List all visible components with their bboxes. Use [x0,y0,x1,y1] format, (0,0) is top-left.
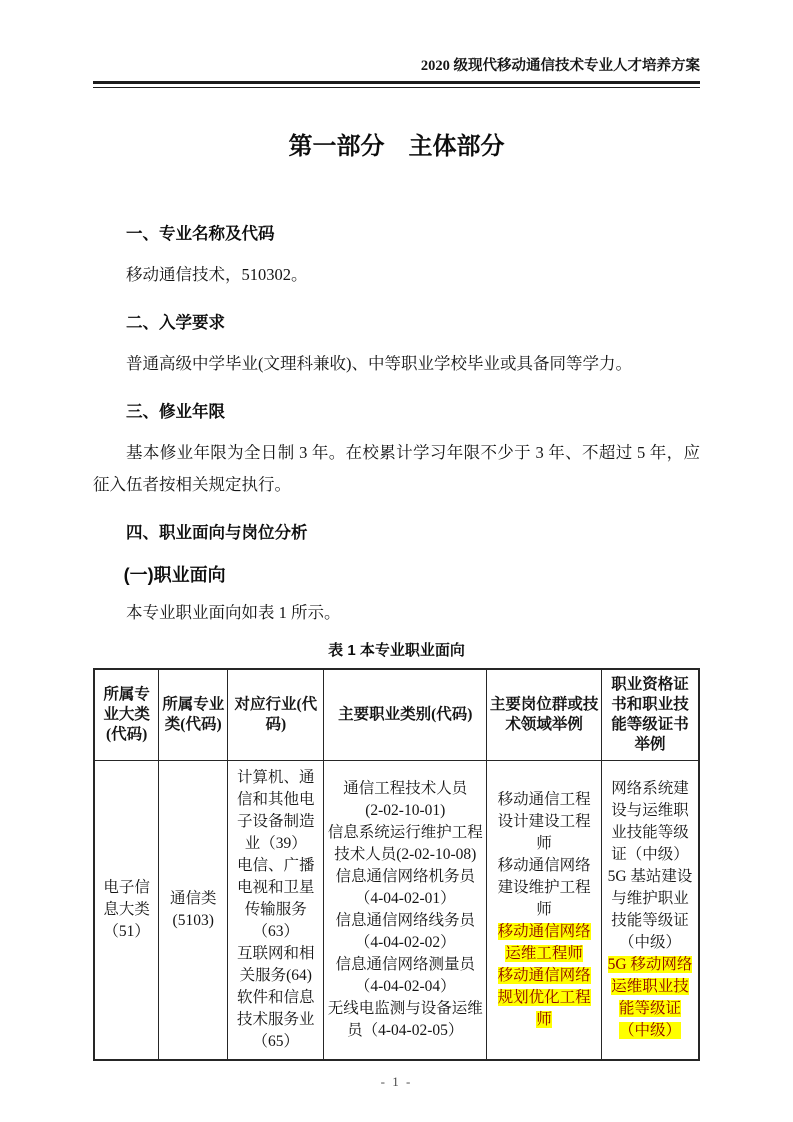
table-cell-item: 信息通信网络线务员（4-04-02-02） [327,910,483,954]
cell-certificates: 网络系统建设与运维职业技能等级证（中级）5G 基站建设与维护职业技能等级证（中级… [602,761,699,1061]
highlighted-text: 移动通信网络运维工程师 [498,923,591,962]
cell-major-category: 电子信息大类（51） [94,761,159,1061]
cell-industries: 计算机、通信和其他电子设备制造业（39）电信、广播电视和卫星传输服务（63）互联… [228,761,324,1061]
table-cell-item: 信息系统运行维护工程技术人员(2-02-10-08) [327,822,483,866]
table-cell-item: 移动通信网络运维工程师 [490,921,598,965]
table-cell-item: 网络系统建设与运维职业技能等级证（中级） [605,778,695,866]
header-major-category: 所属专业大类(代码) [94,669,159,761]
table-cell-item: 5G 基站建设与维护职业技能等级证（中级） [605,866,695,954]
table-cell-item: 信息通信网络机务员（4-04-02-01） [327,866,483,910]
table-caption: 表 1 本专业职业面向 [93,643,700,659]
cell-text: 网络系统建设与运维职业技能等级证（中级） [611,780,689,863]
cell-text: 5G 基站建设与维护职业技能等级证（中级） [608,868,693,951]
table-cell-item: 互联网和相关服务(64) [231,943,320,987]
table-cell-item: 软件和信息技术服务业（65） [231,987,320,1053]
page-header: 2020 级现代移动通信技术专业人才培养方案 [93,0,700,88]
header-title: 2020 级现代移动通信技术专业人才培养方案 [93,56,700,76]
table-cell-item: 移动通信网络建设维护工程师 [490,855,598,921]
table-cell-item: 信息通信网络测量员（4-04-02-04） [327,954,483,998]
subsection-paragraph: 本专业职业面向如表 1 所示。 [93,597,700,629]
table-cell-item: 移动通信网络规划优化工程师 [490,965,598,1031]
cell-occupations: 通信工程技术人员(2-02-10-01)信息系统运行维护工程技术人员(2-02-… [324,761,487,1061]
cell-major-class: 通信类(5103) [159,761,228,1061]
header-rule [93,81,700,88]
cell-text: 移动通信网络建设维护工程师 [498,857,591,918]
document-page: 2020 级现代移动通信技术专业人才培养方案 第一部分 主体部分 一、专业名称及… [0,0,793,1122]
section-heading-4: 四、职业面向与岗位分析 [93,525,700,542]
header-major-class: 所属专业类(代码) [159,669,228,761]
occupation-table: 所属专业大类(代码) 所属专业类(代码) 对应行业(代码) 主要职业类别(代码)… [93,668,700,1061]
table-cell-item: 通信工程技术人员(2-02-10-01) [327,778,483,822]
section-paragraph-2: 普通高级中学毕业(文理科兼收)、中等职业学校毕业或具备同等学力。 [93,348,700,380]
document-title: 第一部分 主体部分 [93,132,700,162]
table-cell-item: 5G 移动网络运维职业技能等级证（中级） [605,954,695,1042]
table-row: 电子信息大类（51） 通信类(5103) 计算机、通信和其他电子设备制造业（39… [94,761,699,1061]
highlighted-text: 移动通信网络规划优化工程师 [498,967,591,1028]
section-paragraph-1: 移动通信技术，510302。 [93,259,700,291]
header-industry: 对应行业(代码) [228,669,324,761]
table-cell-item: 无线电监测与设备运维员（4-04-02-05） [327,998,483,1042]
cell-positions: 移动通信工程设计建设工程师移动通信网络建设维护工程师移动通信网络运维工程师移动通… [487,761,602,1061]
table-header-row: 所属专业大类(代码) 所属专业类(代码) 对应行业(代码) 主要职业类别(代码)… [94,669,699,761]
cell-text: 移动通信工程设计建设工程师 [498,791,591,852]
table-cell-item: 电信、广播电视和卫星传输服务（63） [231,855,320,943]
header-occupation: 主要职业类别(代码) [324,669,487,761]
page-number: - 1 - [93,1074,700,1090]
section-heading-1: 一、专业名称及代码 [93,226,700,243]
section-heading-2: 二、入学要求 [93,315,700,332]
highlighted-text: 5G 移动网络运维职业技能等级证（中级） [608,956,693,1039]
subsection-heading: (一)职业面向 [93,566,700,585]
table-cell-item: 移动通信工程设计建设工程师 [490,789,598,855]
header-position: 主要岗位群或技术领域举例 [487,669,602,761]
table-cell-item: 计算机、通信和其他电子设备制造业（39） [231,767,320,855]
header-certificate: 职业资格证书和职业技能等级证书举例 [602,669,699,761]
section-paragraph-3: 基本修业年限为全日制 3 年。在校累计学习年限不少于 3 年、不超过 5 年，应… [93,437,700,501]
section-heading-3: 三、修业年限 [93,404,700,421]
